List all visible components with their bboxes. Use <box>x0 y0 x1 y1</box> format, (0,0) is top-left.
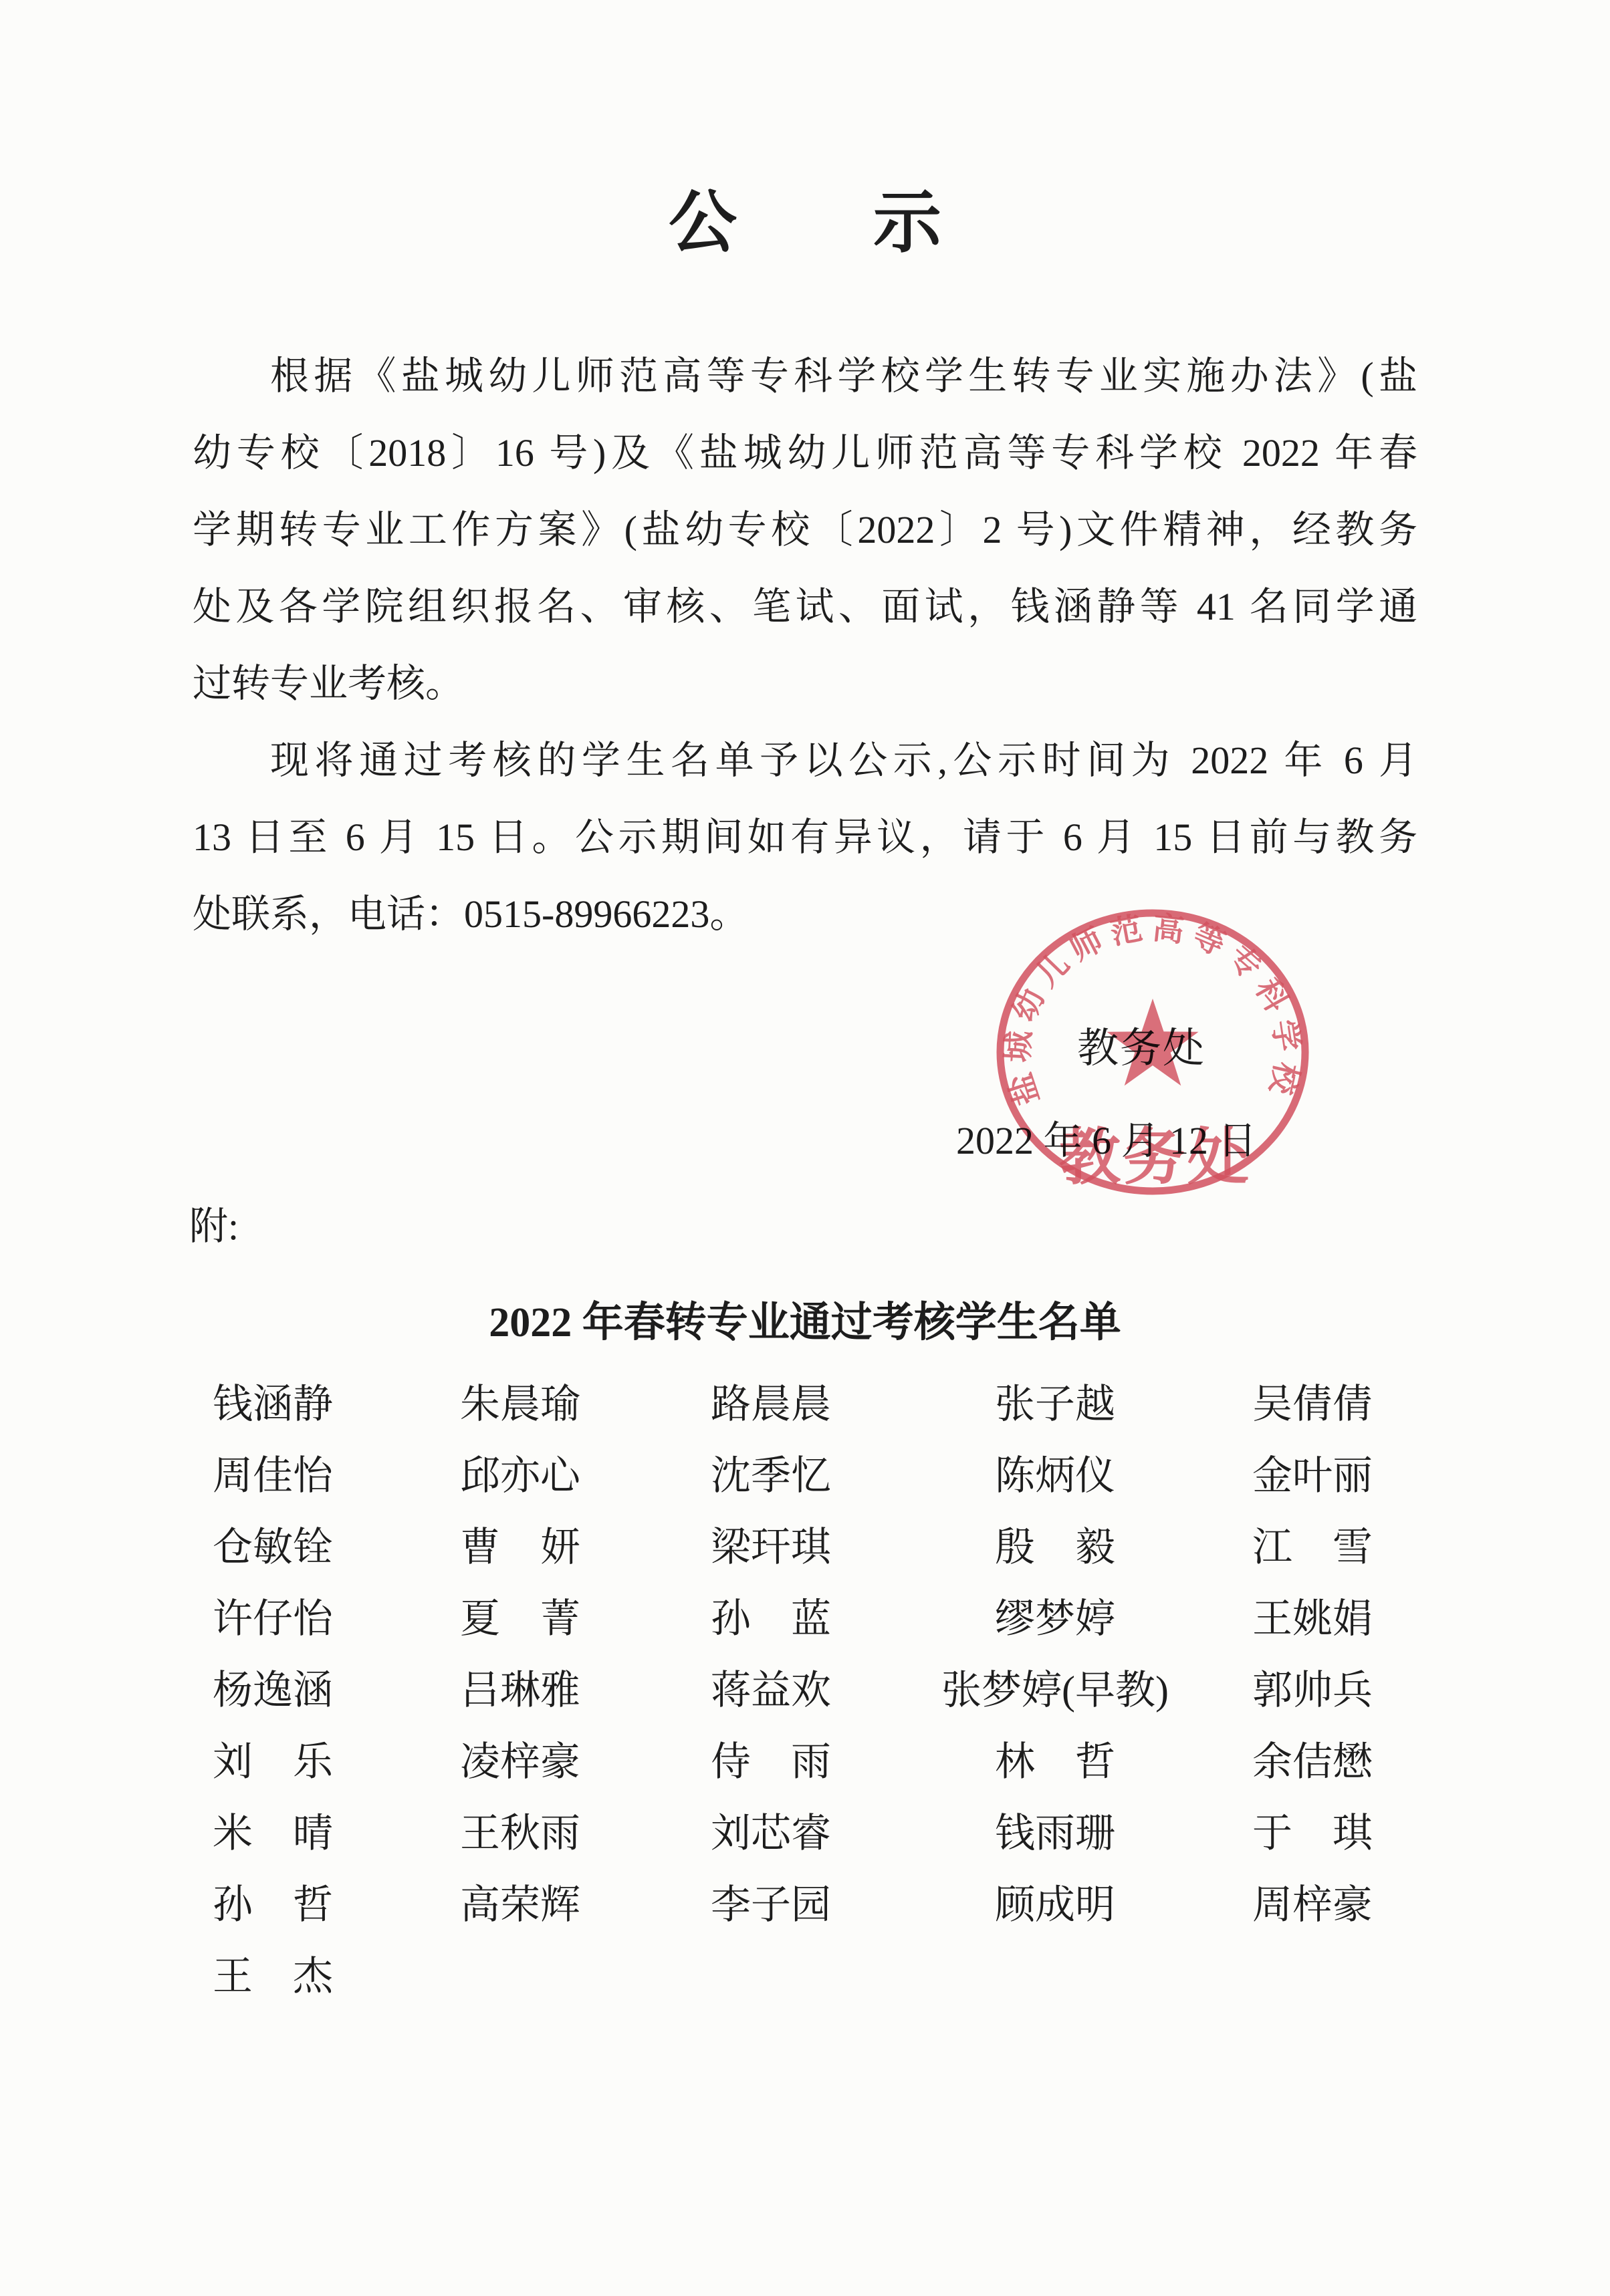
student-name: 许仔怡 <box>203 1596 343 1642</box>
student-name: 吴倩倩 <box>1242 1381 1383 1428</box>
student-name: 朱晨瑜 <box>450 1381 590 1428</box>
student-name: 于 琪 <box>1242 1810 1383 1857</box>
student-name: 孙 哲 <box>203 1882 343 1928</box>
student-name: 钱雨珊 <box>985 1810 1125 1857</box>
student-name: 陈炳仪 <box>985 1452 1125 1499</box>
student-name: 米 晴 <box>203 1810 343 1857</box>
student-name-grid: 钱涵静朱晨瑜路晨晨张子越吴倩倩周佳怡邱亦心沈季忆陈炳仪金叶丽仓敏铨曹 妍梁玕琪殷… <box>0 0 1610 2296</box>
student-name: 仓敏铨 <box>203 1524 343 1571</box>
student-name: 顾成明 <box>985 1882 1125 1928</box>
student-name: 侍 雨 <box>701 1739 841 1785</box>
student-name: 王姚娟 <box>1242 1596 1383 1642</box>
student-name: 张子越 <box>985 1381 1125 1428</box>
student-name: 张梦婷(早教) <box>908 1667 1202 1714</box>
notice-document: 公 示 根据《盐城幼儿师范高等专科学校学生转专业实施办法》(盐 幼专校〔2018… <box>0 0 1610 2296</box>
student-name: 金叶丽 <box>1242 1452 1383 1499</box>
student-name: 王秋雨 <box>450 1810 590 1857</box>
student-name: 路晨晨 <box>701 1381 841 1428</box>
student-name: 夏 菁 <box>450 1596 590 1642</box>
student-name: 凌梓豪 <box>450 1739 590 1785</box>
student-name: 殷 毅 <box>985 1524 1125 1571</box>
student-name: 王 杰 <box>203 1953 343 2000</box>
student-name: 沈季忆 <box>701 1452 841 1499</box>
student-name: 林 哲 <box>985 1739 1125 1785</box>
student-name: 郭帅兵 <box>1242 1667 1383 1714</box>
student-name: 吕琳雅 <box>450 1667 590 1714</box>
student-name: 余佶懋 <box>1242 1739 1383 1785</box>
student-name: 钱涵静 <box>203 1381 343 1428</box>
student-name: 周梓豪 <box>1242 1882 1383 1928</box>
student-name: 曹 妍 <box>450 1524 590 1571</box>
student-name: 刘 乐 <box>203 1739 343 1785</box>
student-name: 江 雪 <box>1242 1524 1383 1571</box>
student-name: 梁玕琪 <box>701 1524 841 1571</box>
student-name: 杨逸涵 <box>203 1667 343 1714</box>
student-name: 高荣辉 <box>450 1882 590 1928</box>
student-name: 孙 蓝 <box>701 1596 841 1642</box>
student-name: 刘芯睿 <box>701 1810 841 1857</box>
student-name: 缪梦婷 <box>985 1596 1125 1642</box>
student-name: 蒋益欢 <box>701 1667 841 1714</box>
student-name: 邱亦心 <box>450 1452 590 1499</box>
student-name: 李子园 <box>701 1882 841 1928</box>
student-name: 周佳怡 <box>203 1452 343 1499</box>
